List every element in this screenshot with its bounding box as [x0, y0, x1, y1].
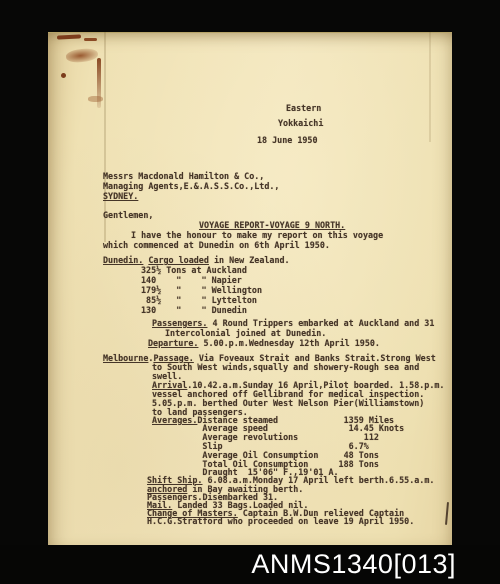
melbourne-passage-2: to South West winds,squally and showery-… [152, 363, 419, 372]
underlined-text-segment: Passengers. [152, 318, 207, 328]
date-line: 18 June 1950 [257, 136, 318, 145]
text-segment: 140 " " Napier [141, 275, 242, 285]
underlined-text-segment: Melbourne [103, 353, 148, 363]
salutation: Gentlemen, [103, 211, 153, 220]
dunedin-cargo-heading: Dunedin. Cargo loaded in New Zealand. [103, 256, 290, 265]
archive-id-bar: ANMS1340[013] [0, 545, 500, 584]
text-segment: I have the honour to make my report on t… [131, 230, 383, 240]
text-segment: Gentlemen, [103, 210, 153, 220]
letterhead-port: Eastern [286, 104, 321, 113]
cargo-row-lyttelton: 85½ " " Lyttelton [141, 296, 257, 305]
text-segment: H.C.G.Stratford who proceeded on leave 1… [147, 516, 414, 526]
underlined-text-segment: Departure. [148, 338, 198, 348]
document-body: EasternYokkaichi18 June 1950Messrs Macdo… [0, 0, 500, 545]
text-segment: 5.00.p.m.Wednesday 12th April 1950. [198, 338, 380, 348]
intro-line-1: I have the honour to make my report on t… [131, 231, 383, 240]
underlined-text-segment: SYDNEY. [103, 191, 138, 201]
underlined-text-segment: Cargo loaded [148, 255, 209, 265]
recipient-city: SYDNEY. [103, 192, 138, 201]
cargo-row-napier: 140 " " Napier [141, 276, 242, 285]
intro-line-2: which commenced at Dunedin on 6th April … [103, 241, 330, 250]
change-of-masters-2: H.C.G.Stratford who proceeded on leave 1… [147, 517, 414, 526]
departure-line: Departure. 5.00.p.m.Wednesday 12th April… [148, 339, 380, 348]
text-segment: 85½ " " Lyttelton [141, 295, 257, 305]
text-segment: 130 " " Dunedin [141, 305, 247, 315]
text-segment: Messrs Macdonald Hamilton & Co., [103, 171, 264, 181]
cargo-row-wellington: 179½ " " Wellington [141, 286, 262, 295]
recipient-name: Messrs Macdonald Hamilton & Co., [103, 172, 264, 181]
text-segment: to South West winds,squally and showery-… [152, 362, 419, 372]
cargo-row-dunedin: 130 " " Dunedin [141, 306, 247, 315]
text-segment: 325½ Tons at Auckland [141, 265, 247, 275]
underlined-text-segment: Dunedin. [103, 255, 143, 265]
report-title: VOYAGE REPORT-VOYAGE 9 NORTH. [199, 221, 345, 230]
text-segment: which commenced at Dunedin on 6th April … [103, 240, 330, 250]
text-segment: Intercolonial joined at Dunedin. [165, 328, 326, 338]
cargo-row-auckland: 325½ Tons at Auckland [141, 266, 247, 275]
text-segment: 18 June 1950 [257, 135, 318, 145]
scanned-document: EasternYokkaichi18 June 1950Messrs Macdo… [0, 0, 500, 584]
text-segment: 4 Round Trippers embarked at Auckland an… [207, 318, 434, 328]
archive-id-label: ANMS1340[013] [251, 551, 456, 578]
text-segment: 179½ " " Wellington [141, 285, 262, 295]
recipient-role: Managing Agents,E.&.A.S.S.Co.,Ltd., [103, 182, 279, 191]
text-segment: in New Zealand. [209, 255, 290, 265]
text-segment: Yokkaichi [278, 118, 323, 128]
text-segment: Eastern [286, 103, 321, 113]
underlined-text-segment: VOYAGE REPORT-VOYAGE 9 NORTH. [199, 220, 345, 230]
passengers-line-2: Intercolonial joined at Dunedin. [165, 329, 326, 338]
passengers-line-1: Passengers. 4 Round Trippers embarked at… [152, 319, 434, 328]
text-segment: Managing Agents,E.&.A.S.S.Co.,Ltd., [103, 181, 279, 191]
letterhead-place: Yokkaichi [278, 119, 323, 128]
